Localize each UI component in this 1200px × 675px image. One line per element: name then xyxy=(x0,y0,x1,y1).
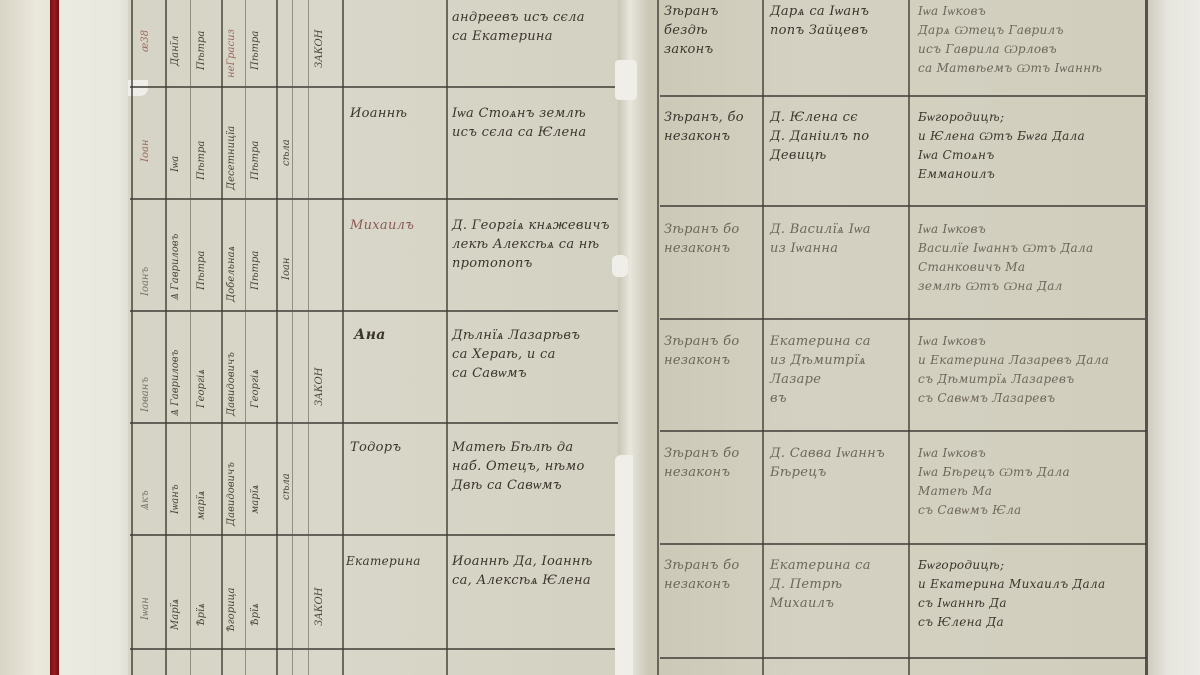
remark-text: Иоаннѣ Да, Іоаннѣ са, Алексѣѧ Ѥлена xyxy=(452,552,617,590)
col-divider xyxy=(762,0,764,675)
vertical-entry: Давидовичъ xyxy=(226,352,237,416)
vertical-entry: неГрасиз xyxy=(226,29,237,78)
row-divider xyxy=(130,86,618,88)
vertical-entry: Ѧкъ xyxy=(140,490,151,510)
remark-text: андреевъ исъ сєла са Екатерина xyxy=(452,8,617,46)
col-divider xyxy=(245,0,246,675)
parent-entry: Д. Василїѧ Іѡа из Іѡанна xyxy=(770,220,905,258)
col-divider xyxy=(308,0,309,675)
vertical-entry: Іѡанъ xyxy=(170,484,181,514)
row-divider xyxy=(660,543,1147,545)
vertical-entry: Пѣтра xyxy=(196,251,207,290)
vertical-entry: Данїл xyxy=(170,36,181,66)
vertical-entry: Ѣрїѧ xyxy=(196,603,207,626)
vertical-entry: Іѡан xyxy=(140,597,151,620)
row-divider xyxy=(130,534,620,536)
remark-text: Іѡа Стоѧнъ землѣ исъ сєла са Ѥлена xyxy=(452,104,617,142)
vertical-entry: Іѡа xyxy=(170,156,181,172)
vertical-entry: Іоанъ xyxy=(140,267,151,296)
page-tear xyxy=(615,60,637,100)
vertical-entry: Десетницїа xyxy=(226,126,237,190)
page-tear xyxy=(615,455,633,675)
vertical-entry: Марїѧ xyxy=(170,599,181,630)
book-edge xyxy=(0,0,52,675)
vertical-entry: Давидовичъ xyxy=(226,462,237,526)
status-entry: Зѣранъ бо незаконъ xyxy=(664,332,760,370)
col-divider xyxy=(221,0,223,675)
col-divider xyxy=(276,0,278,675)
parent-entry: Д. Ѥлена сє Д. Даніилъ по Девицѣ xyxy=(770,108,905,165)
vertical-entry: Георгіѧ xyxy=(250,369,261,408)
name-entry: Екатерина xyxy=(346,552,444,571)
row-divider xyxy=(660,318,1145,320)
vertical-entry: ӕ38 xyxy=(140,30,151,52)
status-entry: Зѣранъ бо незаконъ xyxy=(664,220,760,258)
remark-text: Д. Георгіѧ кнѧжевичъ лекѣ Алексѣѧ са нѣ … xyxy=(452,216,617,273)
vertical-entry: Пѣтра xyxy=(250,141,261,180)
name-entry: Михаилъ xyxy=(350,216,442,235)
name-entry: Тодоръ xyxy=(350,438,442,457)
vertical-entry: сѣла xyxy=(281,139,292,166)
col-divider xyxy=(908,0,910,675)
col-divider xyxy=(342,0,344,675)
vertical-entry: Пѣтра xyxy=(196,31,207,70)
col-divider xyxy=(131,0,133,675)
godparent-entry: Бѡгородицѣ; и Ѥлена Ѡтъ Бѡга Дала Іѡа Ст… xyxy=(918,108,1143,184)
status-entry: Зѣранъ, бо незаконъ xyxy=(664,108,760,146)
row-divider xyxy=(130,422,620,424)
vertical-entry: Георгіѧ xyxy=(196,369,207,408)
red-binding-strip xyxy=(50,0,59,675)
vertical-entry: марїѧ xyxy=(196,491,207,520)
vertical-entry: ЗАКОН xyxy=(314,588,325,626)
vertical-entry: Іоан xyxy=(281,257,292,280)
godparent-entry: Бѡгородицѣ; и Екатерина Михаилъ Дала съ … xyxy=(918,556,1143,632)
row-divider xyxy=(660,205,1145,207)
godparent-entry: Іѡа Іѡковъ Василїе Іѡаннъ Ѡтъ Дала Станк… xyxy=(918,220,1143,296)
vertical-entry: Іованъ xyxy=(140,377,151,412)
vertical-entry: Пѣтра xyxy=(196,141,207,180)
parent-entry: Дарѧ са Іѡанъ попъ Зайцевъ xyxy=(770,2,905,40)
vertical-entry: сѣла xyxy=(281,473,292,500)
row-divider xyxy=(660,657,1147,659)
vertical-entry: Пѣтра xyxy=(250,251,261,290)
remark-text: Матеѣ Бѣлѣ да наб. Отецъ, нѣмо Двѣ са Са… xyxy=(452,438,617,495)
vertical-entry: Ѧ Гавриловъ xyxy=(170,350,181,416)
godparent-entry: Іѡа Іѡковъ Іѡа Бѣрецъ Ѡтъ Дала Матеѣ Ма … xyxy=(918,444,1143,520)
row-divider xyxy=(130,198,618,200)
document-photo: ӕ38 Данїл Пѣтра неГрасиз Пѣтра ЗАКОН анд… xyxy=(0,0,1200,675)
status-entry: Зѣранъ бо незаконъ xyxy=(664,556,760,594)
page-tear xyxy=(612,255,628,277)
status-entry: Зѣранъ бо незаконъ xyxy=(664,444,760,482)
remark-text: Дѣлнїѧ Лазарѣвъ са Хераѣ, и са са Савѡмъ xyxy=(452,326,617,383)
vertical-entry: ЗАКОН xyxy=(314,368,325,406)
vertical-entry: Ѣгорица xyxy=(226,588,237,632)
col-divider xyxy=(190,0,191,675)
parent-entry: Екатерина са из Дѣмитрїѧ Лазаре въ xyxy=(770,332,905,408)
vertical-entry: Ѧ Гавриловъ xyxy=(170,234,181,300)
row-divider xyxy=(130,310,618,312)
name-entry: Ана xyxy=(354,326,442,345)
col-divider xyxy=(292,0,293,675)
col-divider xyxy=(657,0,659,675)
row-divider xyxy=(660,95,1145,97)
row-divider xyxy=(130,648,620,650)
right-margin-background xyxy=(1148,0,1200,675)
vertical-entry: Ѣрїѧ xyxy=(250,603,261,626)
vertical-entry: Іоан xyxy=(140,139,151,162)
vertical-entry: Добельнаѧ xyxy=(226,246,237,302)
col-divider xyxy=(165,0,167,675)
name-entry: Иоаннѣ xyxy=(350,104,442,123)
row-divider xyxy=(660,430,1147,432)
parent-entry: Екатерина са Д. Петрѣ Михаилъ xyxy=(770,556,905,613)
godparent-entry: Іѡа Іѡковъ и Екатерина Лазаревъ Дала съ … xyxy=(918,332,1143,408)
parent-entry: Д. Савва Іѡаннъ Бѣрецъ xyxy=(770,444,905,482)
vertical-entry: ЗАКОН xyxy=(314,30,325,68)
col-divider xyxy=(446,0,448,675)
vertical-entry: марїѧ xyxy=(250,485,261,514)
vertical-entry: Пѣтра xyxy=(250,31,261,70)
godparent-entry: Іѡа Іѡковъ Дарѧ Ѡтецъ Гаврилъ исъ Гаврил… xyxy=(918,2,1143,78)
flyleaf-page xyxy=(59,0,133,675)
status-entry: Зѣранъ бездѣ законъ xyxy=(664,2,760,59)
